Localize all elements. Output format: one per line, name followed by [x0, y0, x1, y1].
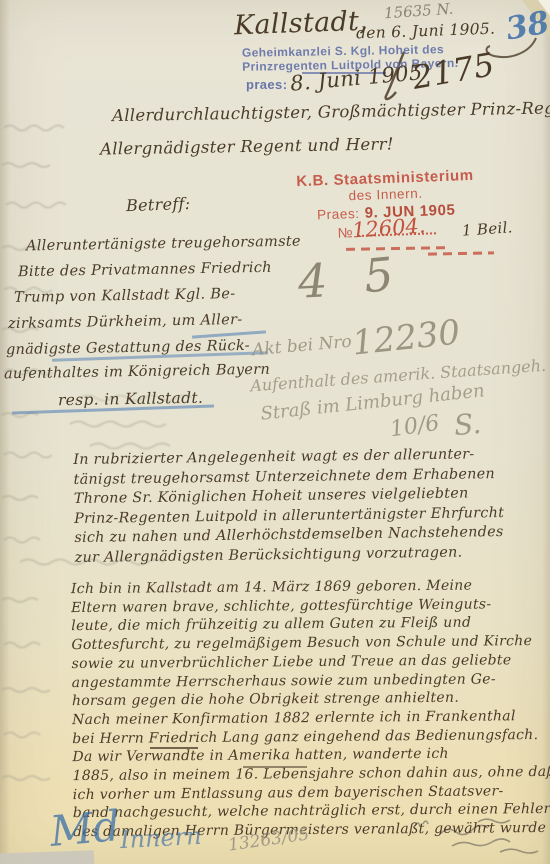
- dateline-place: Kallstadt,: [233, 6, 368, 42]
- attachment-note: 1 Beil.: [461, 218, 513, 239]
- betreff-label: Betreff:: [126, 194, 191, 215]
- scanned-letter-page: 15635 N. 38 Kallstadt, den 6. Juni 1905.…: [0, 0, 550, 864]
- footer-ministry-word: Innern: [119, 822, 202, 854]
- body-paragraph-2: Ich bin in Kallstadt am 14. März 1869 ge…: [71, 576, 550, 842]
- registry-clerk-initial: S.: [453, 407, 483, 442]
- ink-underline-lang: [150, 747, 198, 749]
- footer-ministry-initial: Md: [48, 801, 122, 856]
- ministry-handwritten-number: 12604.: [351, 213, 426, 242]
- ink-underline-amerika: [243, 766, 307, 768]
- registry-number-right: 5: [362, 247, 396, 303]
- chancellery-praes-label: praes:: [246, 77, 287, 92]
- blue-folio-number: 38: [503, 5, 550, 48]
- registry-number-left: 4: [297, 253, 329, 308]
- body-paragraph-1: In rubrizierter Angelegenheit wagt es de…: [73, 445, 505, 569]
